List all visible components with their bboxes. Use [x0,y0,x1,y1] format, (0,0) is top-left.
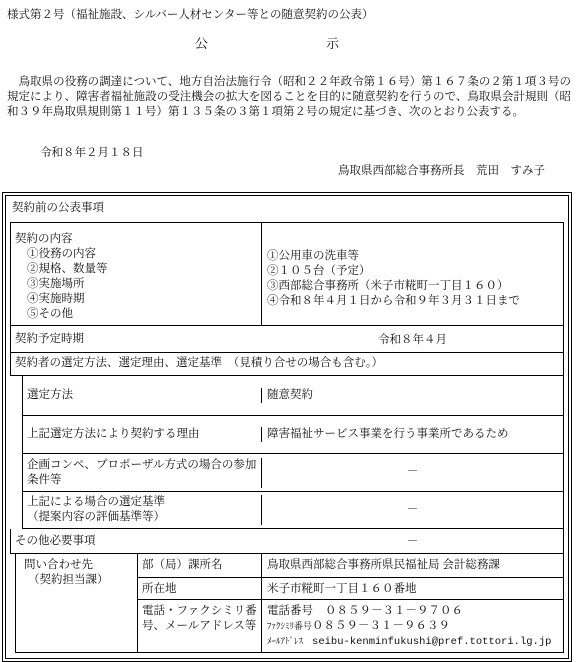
notice-box: 契約前の公表事項 契約の内容 ①役務の内容 ②規格、数量等 ③実施場所 ④実施時… [2,192,572,662]
mail-label: ﾒｰﾙｱﾄﾞﾚｽ [267,636,303,646]
contact-department-row: 部（局）課所名 鳥取県西部総合事務所県民福祉局 会計総務課 [138,554,563,578]
contract-content-label-title: 契約の内容 [15,232,257,247]
other-required-row: その他必要事項 － [10,529,564,554]
fax-label: ﾌｧｸｼﾐﾘ番号 [267,621,312,631]
document-title: 公 示 [0,35,556,52]
contract-content-value-item: ②１０５台（予定） [267,264,563,279]
table-caption: 契約前の公表事項 [6,196,568,222]
document-page: 様式第２号（福祉施設、シルバー人材センター等との随意契約の公表） 公 示 鳥取県… [0,0,578,662]
contact-department-label: 部（局）課所名 [138,554,262,577]
selection-method-label: 選定方法 [23,388,262,403]
selection-reason-label: 上記選定方法により契約する理由 [23,427,262,442]
fax-number: ０８５９－３１－９６３９ [312,620,450,632]
contact-detail-rows: 部（局）課所名 鳥取県西部総合事務所県民福祉局 会計総務課 所在地 米子市糀町一… [138,554,563,652]
contact-phone-label: 電話・ファクシミリ番号、メールアドレス等 [138,600,262,652]
signer-line: 鳥取県西部総合事務所長 荒田 すみ子 [0,164,545,179]
contract-content-value-item: ③西部総合事務所（米子市糀町一丁目１６０） [267,279,563,294]
date-line: 令和８年２月１８日 [40,146,578,161]
selection-header-row: 契約者の選定方法、選定理由、選定基準 （見積り合せの場合も含む。） [10,353,564,376]
contract-content-value-item: ④令和８年４月１日から令和９年３月３１日まで [267,294,563,309]
schedule-value: 令和８年４月 [262,330,563,348]
selection-criteria-label: 上記による場合の選定基準 （提案内容の評価基準等） [23,495,262,525]
contact-phone-value: 電話番号０８５９－３１－９７０６ ﾌｧｸｼﾐﾘ番号０８５９－３１－９６３９ ﾒｰ… [262,600,563,652]
contact-address-row: 所在地 米子市糀町一丁目１６０番地 [138,578,563,600]
other-required-value: － [262,532,563,550]
contract-content-label: 契約の内容 ①役務の内容 ②規格、数量等 ③実施場所 ④実施時期 ⑤その他 [11,223,262,325]
telephone-label: 電話番号 [267,605,313,617]
contact-address-value: 米子市糀町一丁目１６０番地 [262,578,563,599]
schedule-row: 契約予定時期 令和８年４月 [10,326,564,353]
contract-content-label-item: ⑤その他 [15,307,257,322]
form-number-label: 様式第２号（福祉施設、シルバー人材センター等との随意契約の公表） [7,8,571,23]
contract-content-label-item: ①役務の内容 [15,247,257,262]
mail-line: ﾒｰﾙｱﾄﾞﾚｽseibu-kenminfukushi@pref.tottori… [267,634,561,650]
contact-address-label: 所在地 [138,578,262,599]
mail-address: seibu-kenminfukushi@pref.tottori.lg.jp [312,636,551,648]
contract-content-row: 契約の内容 ①役務の内容 ②規格、数量等 ③実施場所 ④実施時期 ⑤その他 ①公… [10,222,564,326]
selection-method-row: 選定方法 随意契約 [22,376,564,416]
selection-participation-value: － [262,465,563,480]
selection-reason-row: 上記選定方法により契約する理由 障害福祉サービス事業を行う事業所であるため [22,416,564,454]
contract-content-label-item: ③実施場所 [15,277,257,292]
selection-criteria-label-line1: 上記による場合の選定基準 [27,495,257,510]
selection-participation-row: 企画コンペ、プロポーザル方式の場合の参加条件等 － [22,454,564,492]
telephone-line: 電話番号０８５９－３１－９７０６ [267,604,561,619]
contract-content-value-item: ①公用車の洗車等 [267,249,563,264]
selection-participation-label: 企画コンペ、プロポーザル方式の場合の参加条件等 [23,458,262,488]
body-paragraph: 鳥取県の役務の調達について、地方自治法施行令（昭和２２年政令第１６号）第１６７条… [7,75,571,120]
title-char-left: 公 [195,35,208,52]
fax-line: ﾌｧｸｼﾐﾘ番号０８５９－３１－９６３９ [267,619,561,634]
contact-label-line1: 問い合わせ先 [24,558,137,573]
contract-content-values: ①公用車の洗車等 ②１０５台（予定） ③西部総合事務所（米子市糀町一丁目１６０）… [262,223,563,325]
telephone-number: ０８５９－３１－９７０６ [325,605,463,617]
contact-label-line2: （契約担当課） [24,573,137,588]
contract-content-label-item: ②規格、数量等 [15,262,257,277]
selection-criteria-value: － [262,503,563,518]
publication-table: 契約の内容 ①役務の内容 ②規格、数量等 ③実施場所 ④実施時期 ⑤その他 ①公… [10,222,564,653]
selection-criteria-label-line2: （提案内容の評価基準等） [27,510,257,525]
contact-department-value: 鳥取県西部総合事務所県民福祉局 会計総務課 [262,554,563,577]
title-char-right: 示 [326,35,339,52]
notice-box-inner: 契約前の公表事項 契約の内容 ①役務の内容 ②規格、数量等 ③実施場所 ④実施時… [5,195,569,659]
contact-phone-row: 電話・ファクシミリ番号、メールアドレス等 電話番号０８５９－３１－９７０６ ﾌｧ… [138,600,563,652]
other-required-label: その他必要事項 [11,534,262,549]
selection-table: 選定方法 随意契約 上記選定方法により契約する理由 障害福祉サービス事業を行う事… [22,376,564,529]
schedule-label: 契約予定時期 [11,332,262,347]
selection-criteria-row: 上記による場合の選定基準 （提案内容の評価基準等） － [22,492,564,529]
selection-reason-value: 障害福祉サービス事業を行う事業所であるため [262,427,563,442]
selection-method-value: 随意契約 [262,388,563,403]
contact-table: 問い合わせ先 （契約担当課） 部（局）課所名 鳥取県西部総合事務所県民福祉局 会… [15,554,564,653]
contract-content-label-item: ④実施時期 [15,292,257,307]
contact-label: 問い合わせ先 （契約担当課） [16,554,138,652]
